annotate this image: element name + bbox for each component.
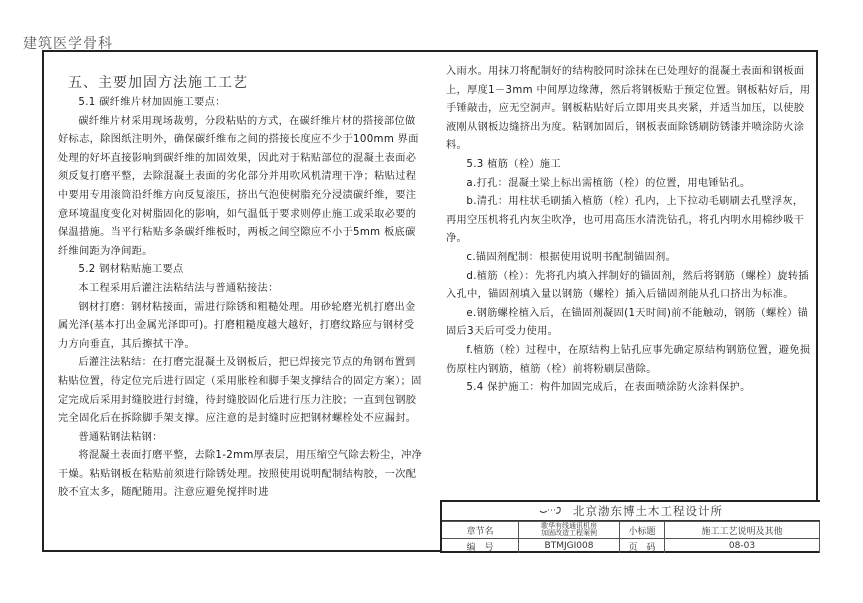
s53-item-b: b.清孔：用柱状毛刷插入植筋（栓）孔内，上下拉动毛刷刷去孔壁浮灰，再用空压机将孔… (446, 193, 812, 249)
company-logo-icon (539, 505, 565, 518)
title-block-company-row: 北京渤东博土木工程设计所 (442, 502, 820, 521)
s52-intro: 本工程采用后灌注法粘结法与普通粘接法： (58, 280, 424, 299)
company-name: 北京渤东博土木工程设计所 (573, 503, 723, 519)
s53-item-a: a.打孔：混凝土梁上标出需植筋（栓）的位置，用电锤钻孔。 (446, 175, 812, 194)
chapter-value-line2: 加固改造工程案例 (519, 530, 619, 538)
page-value: 08-03 (665, 539, 820, 554)
title-block: 北京渤东博土木工程设计所 章节名 歌华有线通讯机房 加固改造工程案例 小标题 施… (440, 500, 820, 553)
number-label: 编 号 (442, 539, 519, 554)
s52-title: 5.2 钢材粘贴施工要点 (58, 261, 424, 280)
s53-item-e: e.钢筋螺栓植入后，在锚固剂凝固(1天时间)前不能触动，钢筋（螺栓）锚固后3天后… (446, 305, 812, 342)
subtitle-value: 施工工艺说明及其他 (665, 522, 820, 539)
s52-normal-paragraph: 将混凝土表面打磨平整，去除1-2mm厚表层，用压缩空气除去粉尘，冲净干燥。粘贴钢… (58, 447, 424, 503)
s52-normal-title: 普通粘钢法粘钢： (58, 429, 424, 448)
right-column: 入雨水。用抹刀将配制好的结构胶同时涂抹在已处理好的混凝土表面和钢板面上，厚度1－… (446, 63, 812, 398)
s52-polish: 钢材打磨：钢材粘接面，需进行除锈和粗糙处理。用砂轮磨光机打磨出金属光泽(基本打出… (58, 299, 424, 355)
left-column: 五、主要加固方法施工工艺 5.1 碳纤维片材加固施工要点： 碳纤维片材采用现场裁… (58, 72, 424, 503)
subtitle-label: 小标题 (620, 522, 665, 539)
number-value: BTMJGI008 (519, 539, 620, 554)
s51-paragraph: 碳纤维片材采用现场裁剪，分段粘贴的方式，在碳纤维片材的搭接部位做好标志，除图纸注… (58, 113, 424, 262)
s51-title: 5.1 碳纤维片材加固施工要点： (58, 94, 424, 113)
continued-paragraph: 入雨水。用抹刀将配制好的结构胶同时涂抹在已处理好的混凝土表面和钢板面上，厚度1－… (446, 63, 812, 156)
chapter-label: 章节名 (442, 522, 519, 539)
section-title: 五、主要加固方法施工工艺 (68, 72, 424, 94)
s53-title: 5.3 植筋（栓）施工 (446, 156, 812, 175)
title-block-table: 章节名 歌华有线通讯机房 加固改造工程案例 小标题 施工工艺说明及其他 编 号 … (442, 521, 820, 553)
s53-item-f: f.植筋（栓）过程中，在原结构上钻孔应事先确定原结构钢筋位置，避免损伤原柱内钢筋… (446, 342, 812, 379)
chapter-value: 歌华有线通讯机房 加固改造工程案例 (519, 522, 620, 539)
s53-item-c: c.锚固剂配制：根据使用说明书配制锚固剂。 (446, 249, 812, 268)
s53-item-d: d.植筋（栓）：先将孔内填入拌制好的锚固剂，然后将钢筋（螺栓）旋转插入孔中，锚固… (446, 268, 812, 305)
s52-grout: 后灌注法粘结：在打磨完混凝土及钢板后，把已焊接完节点的角钢布置到粘贴位置，待定位… (58, 354, 424, 428)
s54-protection: 5.4 保护施工：构件加固完成后，在表面喷涂防火涂料保护。 (446, 379, 812, 398)
page-label: 页 码 (620, 539, 665, 554)
